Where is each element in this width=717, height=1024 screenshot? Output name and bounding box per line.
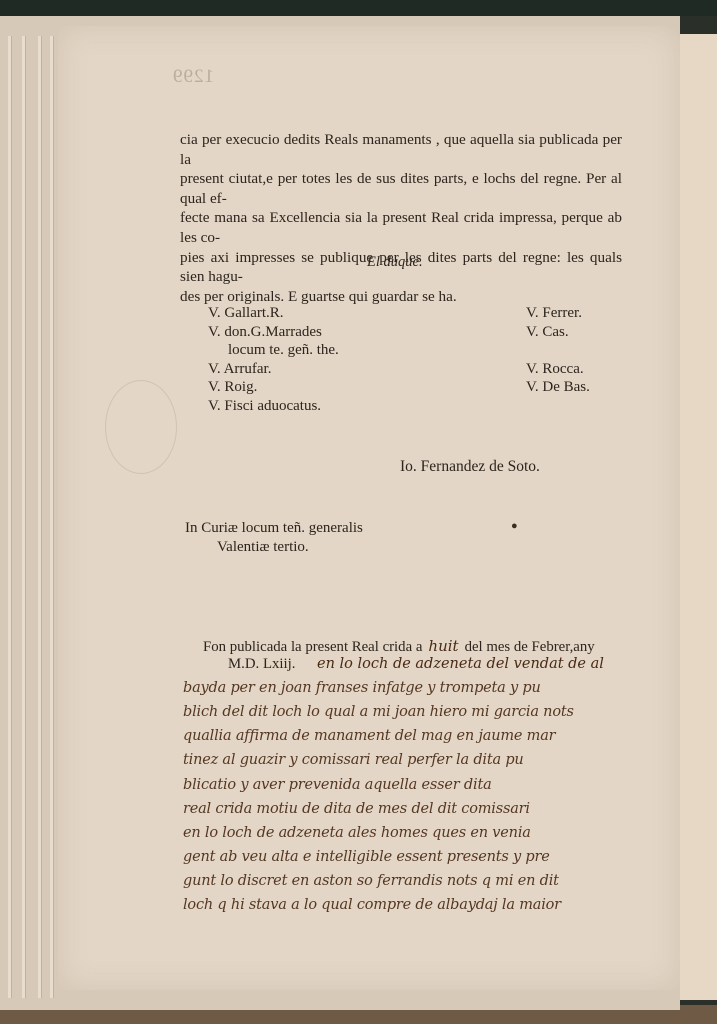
- curia-line: Valentiæ tertio.: [185, 538, 363, 557]
- publication-line: Fon publicada la present Real crida ahui…: [203, 637, 595, 656]
- spacer: [526, 341, 590, 360]
- handwritten-line: bayda per en joan franses infatge y trom…: [183, 680, 653, 696]
- notary-signature: Io. Fernandez de Soto.: [400, 458, 540, 476]
- handwritten-line: loch q hi stava a lo qual compre de alba…: [183, 897, 653, 913]
- publication-year: M.D. Lxiij.: [228, 656, 295, 673]
- page-edge: [8, 36, 12, 998]
- publication-prefix: Fon publicada la present Real crida a: [203, 639, 422, 655]
- handwritten-line: gent ab veu alta e intelligible essent p…: [183, 849, 653, 865]
- folio-number: 1299: [172, 66, 214, 88]
- signatory: V. Rocca.: [526, 360, 590, 379]
- signatory: V. Gallart.R.: [208, 304, 339, 323]
- signatories-left: V. Gallart.R. V. don.G.Marrades locum te…: [208, 304, 339, 415]
- printed-paragraph: cia per execucio dedits Reals manaments …: [180, 130, 622, 306]
- signatory: V. Roig.: [208, 378, 339, 397]
- paragraph-line: fecte mana sa Excellencia sia la present…: [180, 208, 622, 247]
- handwritten-line: en lo loch de adzeneta del vendat de al: [317, 656, 604, 672]
- signatories-right: V. Ferrer. V. Cas. V. Rocca. V. De Bas.: [526, 304, 590, 397]
- signatory: V. don.G.Marrades: [208, 323, 339, 342]
- ink-mark: ●: [511, 520, 518, 532]
- handwritten-line: gunt lo discret en aston so ferrandis no…: [183, 873, 653, 889]
- page-edge: [50, 36, 54, 998]
- publication-suffix: del mes de Febrer,any: [465, 639, 595, 655]
- handwritten-line: quallia affirma de manament del mag en j…: [183, 728, 653, 744]
- paragraph-line: cia per execucio dedits Reals manaments …: [180, 130, 622, 169]
- handwritten-line: tinez al guazir y comissari real perfer …: [183, 752, 653, 768]
- signatory: V. Fisci aduocatus.: [208, 397, 339, 416]
- signatory: V. Arrufar.: [208, 360, 339, 379]
- signatory: V. Cas.: [526, 323, 590, 342]
- paragraph-line: present ciutat,e per totes les de sus di…: [180, 169, 622, 208]
- handwritten-line: en lo loch de adzeneta ales homes ques e…: [183, 825, 653, 841]
- scan-background-top: [0, 0, 717, 16]
- signatory-title: locum te. geñ. the.: [208, 341, 339, 360]
- signatory: V. De Bas.: [526, 378, 590, 397]
- curia-note: In Curiæ locum teñ. generalis Valentiæ t…: [185, 519, 363, 557]
- handwritten-line: real crida motiu de dita de mes del dit …: [183, 801, 653, 817]
- page-edge: [22, 36, 26, 998]
- library-stamp-bleedthrough: [105, 380, 177, 474]
- handwritten-line: blich del dit loch lo qual a mi joan hie…: [183, 704, 653, 720]
- curia-line: In Curiæ locum teñ. generalis: [185, 519, 363, 538]
- handwritten-line: blicatio y aver prevenida aquella esser …: [183, 777, 653, 793]
- handwritten-day: huit: [422, 637, 464, 655]
- signatory: V. Ferrer.: [526, 304, 590, 323]
- facing-page-edge: [678, 34, 717, 1000]
- page-edge: [38, 36, 42, 998]
- signature-title: El duque.: [367, 254, 423, 271]
